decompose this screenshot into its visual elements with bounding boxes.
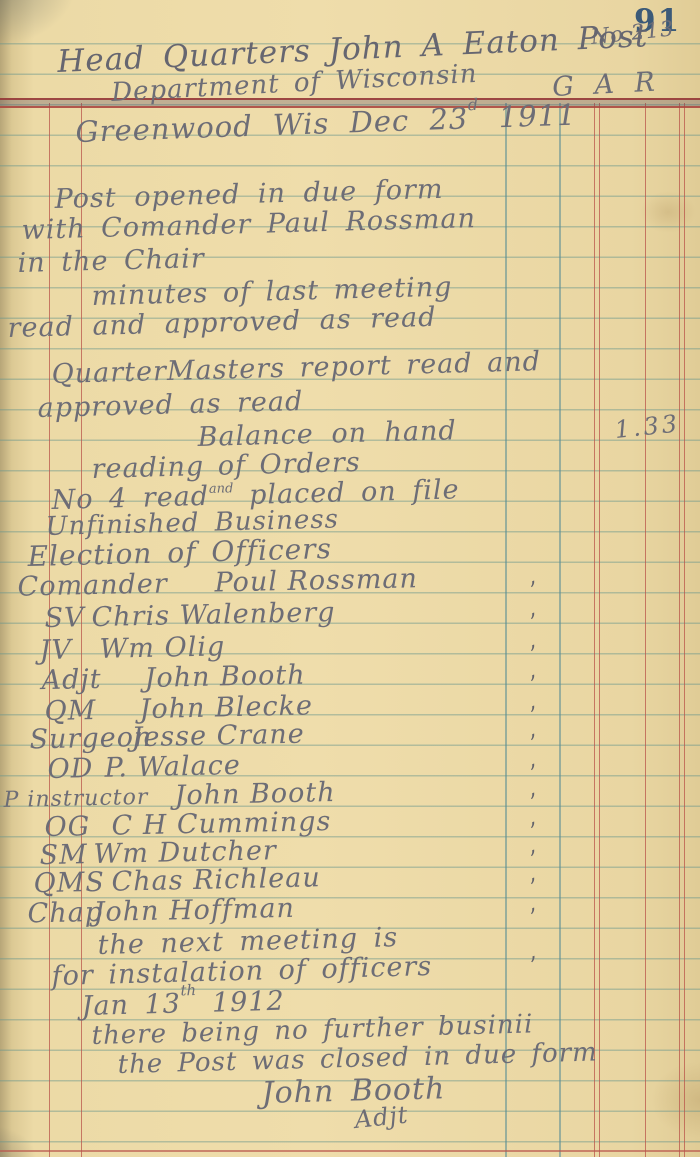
officer-title: Comander	[17, 568, 168, 602]
officer-title: QMS	[33, 867, 105, 899]
officer-title: JV	[39, 634, 72, 666]
jan-year: 1912	[212, 986, 286, 1019]
officer-name: John Booth	[144, 660, 306, 694]
officer-name: Wm Olig	[99, 631, 225, 665]
jan-date: Jan 13	[81, 988, 181, 1022]
jan-superscript: th	[180, 981, 196, 999]
ditto-mark: ,	[524, 940, 538, 966]
ditto-mark: ,	[524, 776, 539, 802]
signature-title: Adjt	[353, 1103, 409, 1132]
officer-title: SV	[44, 602, 85, 634]
line-read-approved: read and approved as read	[7, 304, 436, 342]
officer-title: OD	[47, 753, 93, 785]
officer-name: John Hoffman	[93, 893, 295, 928]
officer-title: P instructor	[3, 785, 148, 813]
balance-amount: 1.33	[613, 411, 681, 442]
ditto-mark: ,	[524, 861, 539, 887]
ditto-mark: ,	[524, 747, 539, 773]
officer-name: Poul Rossman	[214, 563, 418, 598]
line-jan-date: Jan 13th 1912	[81, 988, 285, 1020]
ledger-page: 91 No 213 Head Quarters John A Eaton Pos…	[0, 0, 700, 1157]
bottom-rule	[0, 1150, 700, 1152]
line-installation: for instalation of officers	[51, 953, 432, 990]
dateline-place-date: Greenwood Wis Dec 23	[75, 101, 469, 149]
ditto-mark: ,	[524, 717, 539, 743]
ditto-mark: ,	[524, 564, 539, 590]
ditto-mark: ,	[524, 658, 539, 684]
officer-name: Jesse Crane	[131, 719, 305, 754]
ditto-mark: ,	[524, 628, 539, 654]
officer-name: Chris Walenberg	[91, 597, 336, 633]
officer-title: Chap	[27, 897, 103, 930]
officer-title: Adjt	[41, 664, 102, 696]
dateline-superscript: d	[467, 95, 478, 114]
ditto-mark: ,	[524, 596, 539, 622]
signature-name: John Booth	[261, 1074, 446, 1109]
line-in-the-chair: in the Chair	[17, 245, 205, 277]
gar-abbreviation: G A R	[552, 69, 657, 101]
line-qm-report: QuarterMasters report read and	[51, 348, 541, 388]
ditto-mark: ,	[524, 689, 539, 715]
line-approved: approved as read	[37, 388, 303, 422]
ditto-mark: ,	[524, 805, 539, 831]
ditto-mark: ,	[524, 891, 539, 917]
dateline-year: 1911	[498, 98, 577, 135]
no4-insertion: and	[209, 481, 234, 497]
line-balance-label: Balance on hand	[197, 417, 457, 451]
ditto-mark: ,	[524, 833, 539, 859]
